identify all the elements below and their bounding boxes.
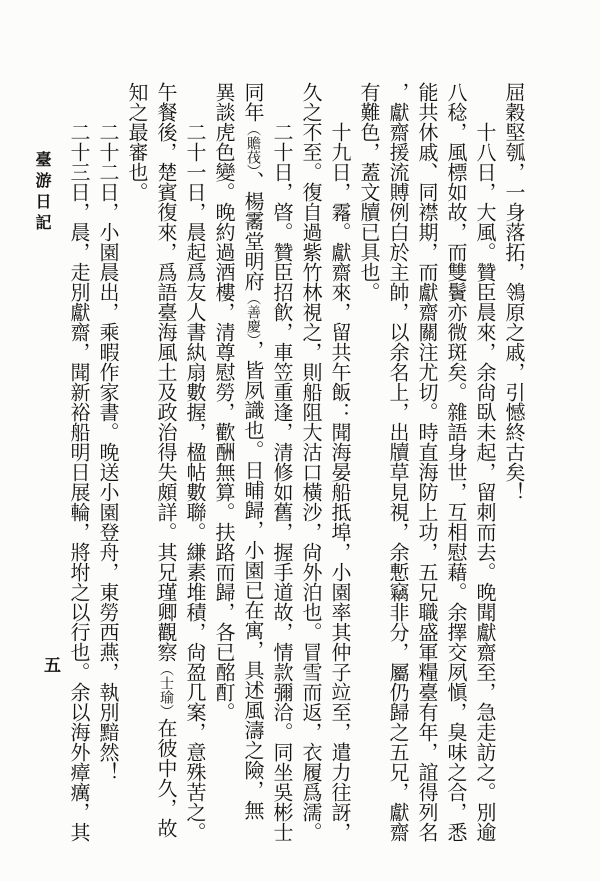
- text-column: 有難色，蓋文牘已具也。: [354, 82, 383, 844]
- text-column: 二十一日，晨起爲友人書紈扇數握，楹帖數聯。縑素堆積，尙盈几案，意殊苦之。: [180, 82, 209, 844]
- text-column: 異談虎色變。晚約過酒樓，清尊慰勞，歡酬無算。扶路而歸，各已酩酊。: [209, 82, 238, 844]
- text-column: ，獻齋援流賻例白於主帥，以余名上，出牘草見視，余慙竊非分，屬仍歸之五兄，獻齋: [383, 82, 412, 844]
- text-column: 久之不至。復自過紫竹林視之，則船阻大沽口橫沙，尙外泊也。冒雪而返，衣履爲濡。: [296, 82, 325, 844]
- text-column: 二十三日，晨，走別獻齋，聞新裕船明日展輪，將坿之以行也。余以海外瘴癘，其: [64, 82, 93, 844]
- text-column: 同年（贍茷）、楊霱堂明府（善慶），皆夙識也。日晡歸，小園已在寓，具述風濤之險，無: [238, 82, 267, 844]
- text-column: 十九日，霿。獻齋來，留共午飯：聞海晏船抵埠，小園率其仲子竝至，遣力往訝，: [325, 82, 354, 844]
- text-column: 二十二日，小園晨出，乘暇作家書。晚送小園登舟，東勞西燕，執別黯然！: [93, 82, 122, 844]
- text-column: 二十日，晵。贊臣招飮，車笠重逢，清修如舊，握手道故，情款彌洽。同坐吳彬士: [267, 82, 296, 844]
- folio-number: 五: [44, 651, 61, 676]
- inline-annotation: （贍茷）: [245, 122, 261, 171]
- text-column: 知之最審也。: [122, 82, 151, 844]
- text-column: 午餐後，楚賓復來，爲語臺海風土及政治得失頗詳。其兄瑾卿觀察（士瑜）在彼中久，故: [151, 82, 180, 844]
- text-column: 十八日，大風。贊臣晨來，余尙臥未起，留刺而去。晚聞獻齋至，急走訪之。別逾: [470, 82, 499, 844]
- diary-text: 屈穀堅瓠，一身落拓，鴒原之戚，引憾終古矣！十八日，大風。贊臣晨來，余尙臥未起，留…: [64, 82, 528, 844]
- inline-annotation: （士瑜）: [158, 662, 174, 718]
- text-column: 能共休戚、同襟期，而獻齋關注尤切。時直海防上功，五兄職盛軍糧臺有年，誼得列名: [412, 82, 441, 844]
- text-column: 屈穀堅瓠，一身落拓，鴒原之戚，引憾終古矣！: [499, 82, 528, 844]
- inline-annotation: （善慶）: [245, 291, 261, 340]
- text-column: 八稔，風標如故，而雙鬢亦微斑矣。雜語身世，互相慰藉。余擇交夙愼，臭味之合，悉: [441, 82, 470, 844]
- spine-title: 臺游日記: [31, 151, 54, 235]
- book-page: 臺游日記 五 屈穀堅瓠，一身落拓，鴒原之戚，引憾終古矣！十八日，大風。贊臣晨來，…: [0, 0, 600, 881]
